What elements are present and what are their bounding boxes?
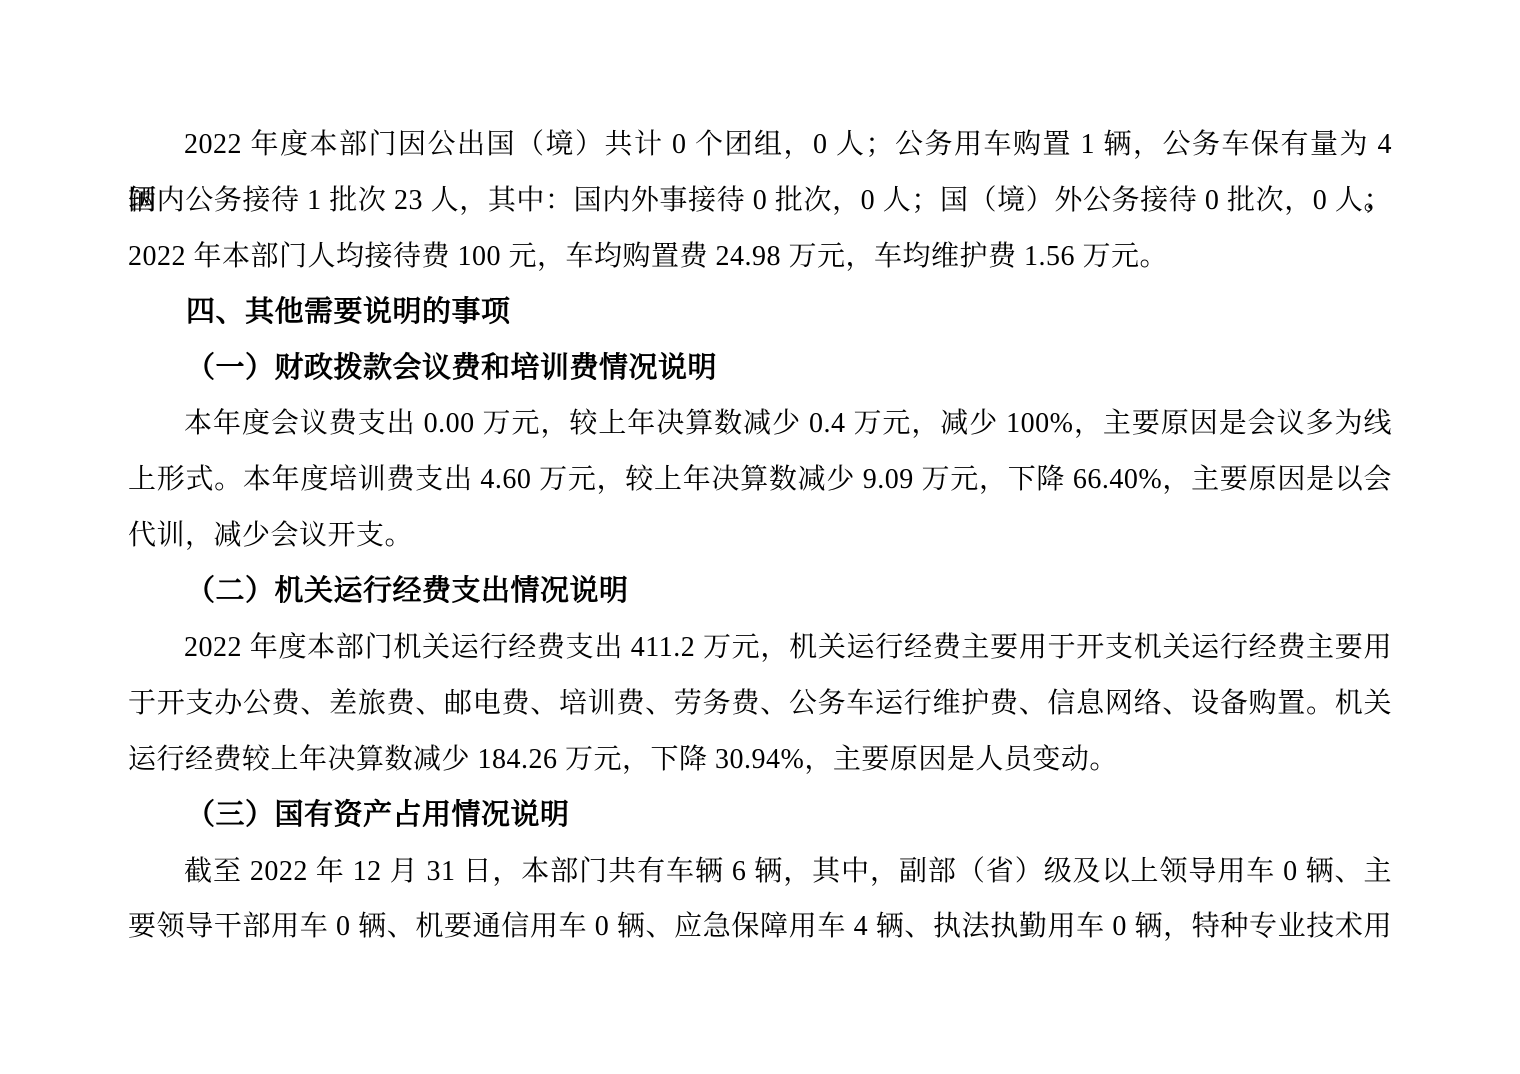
paragraph-line: 2022 年度本部门机关运行经费支出 411.2 万元，机关运行经费主要用于开支… [128, 620, 1392, 676]
paragraph-line: 截至 2022 年 12 月 31 日，本部门共有车辆 6 辆，其中，副部（省）… [128, 844, 1392, 900]
document-page: 2022 年度本部门因公出国（境）共计 0 个团组，0 人；公务用车购置 1 辆… [0, 0, 1520, 1074]
paragraph-line: 国内公务接待 1 批次 23 人，其中：国内外事接待 0 批次，0 人；国（境）… [128, 173, 1392, 229]
paragraph-line: 要领导干部用车 0 辆、机要通信用车 0 辆、应急保障用车 4 辆、执法执勤用车… [128, 899, 1392, 955]
paragraph-line: 2022 年度本部门因公出国（境）共计 0 个团组，0 人；公务用车购置 1 辆… [128, 117, 1392, 173]
subsection-heading: （一）财政拨款会议费和培训费情况说明 [128, 341, 1392, 397]
paragraph-line: 于开支办公费、差旅费、邮电费、培训费、劳务费、公务车运行维护费、信息网络、设备购… [128, 676, 1392, 732]
paragraph-line: 本年度会议费支出 0.00 万元，较上年决算数减少 0.4 万元，减少 100%… [128, 396, 1392, 452]
subsection-heading: （三）国有资产占用情况说明 [128, 788, 1392, 844]
paragraph-line: 代训，减少会议开支。 [128, 508, 1392, 564]
paragraph-line: 上形式。本年度培训费支出 4.60 万元，较上年决算数减少 9.09 万元，下降… [128, 452, 1392, 508]
subsection-heading: （二）机关运行经费支出情况说明 [128, 564, 1392, 620]
paragraph-line: 运行经费较上年决算数减少 184.26 万元，下降 30.94%，主要原因是人员… [128, 732, 1392, 788]
paragraph-line: 2022 年本部门人均接待费 100 元，车均购置费 24.98 万元，车均维护… [128, 229, 1392, 285]
section-heading: 四、其他需要说明的事项 [128, 285, 1392, 341]
document-text-block: 2022 年度本部门因公出国（境）共计 0 个团组，0 人；公务用车购置 1 辆… [128, 117, 1392, 955]
